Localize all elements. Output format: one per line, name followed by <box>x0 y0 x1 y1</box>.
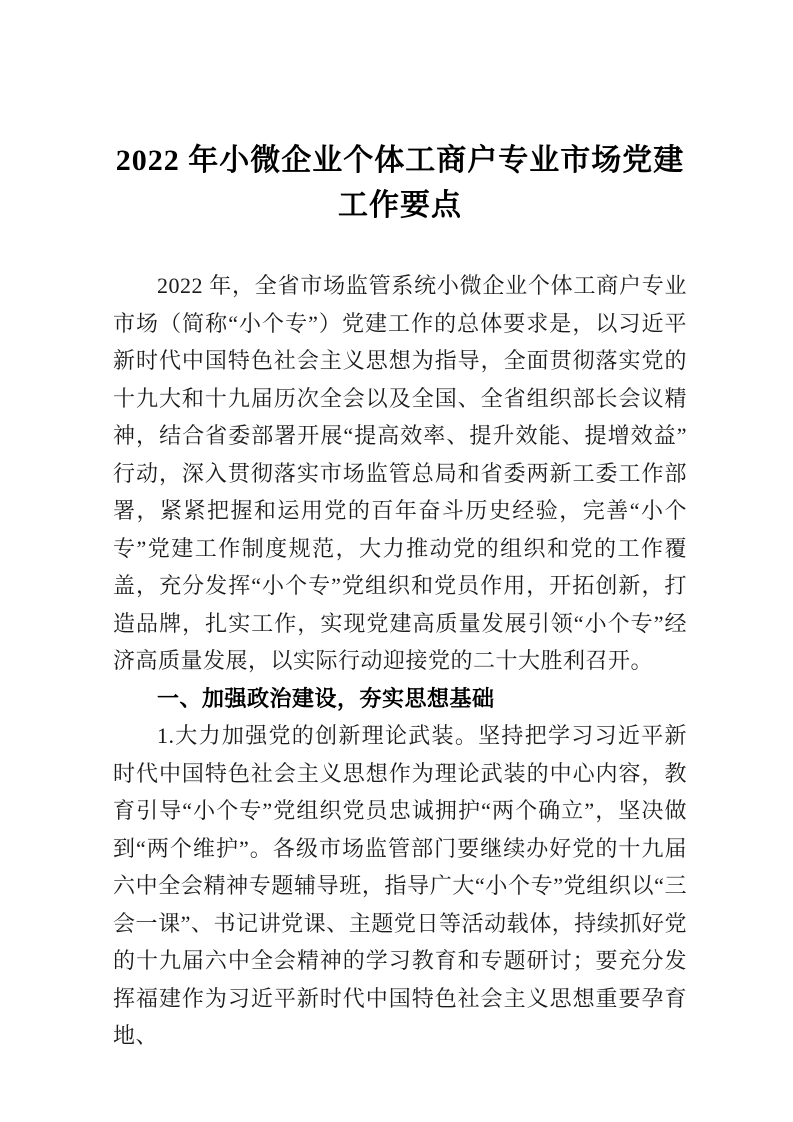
document-body: 2022 年，全省市场监管系统小微企业个体工商户专业市场（简称“小个专”）党建工… <box>113 267 687 1055</box>
document-page: 2022 年小微企业个体工商户专业市场党建 工作要点 2022 年，全省市场监管… <box>0 0 793 1122</box>
document-title: 2022 年小微企业个体工商户专业市场党建 工作要点 <box>113 138 687 228</box>
document-title-line-2: 工作要点 <box>338 189 462 222</box>
section1-paragraph: 1.大力加强党的创新理论武装。坚持把学习习近平新时代中国特色社会主义思想作为理论… <box>113 717 687 1055</box>
section-heading-1: 一、加强政治建设，夯实思想基础 <box>113 680 687 718</box>
document-title-line-1: 2022 年小微企业个体工商户专业市场党建 <box>116 144 685 177</box>
intro-paragraph: 2022 年，全省市场监管系统小微企业个体工商户专业市场（简称“小个专”）党建工… <box>113 267 687 680</box>
